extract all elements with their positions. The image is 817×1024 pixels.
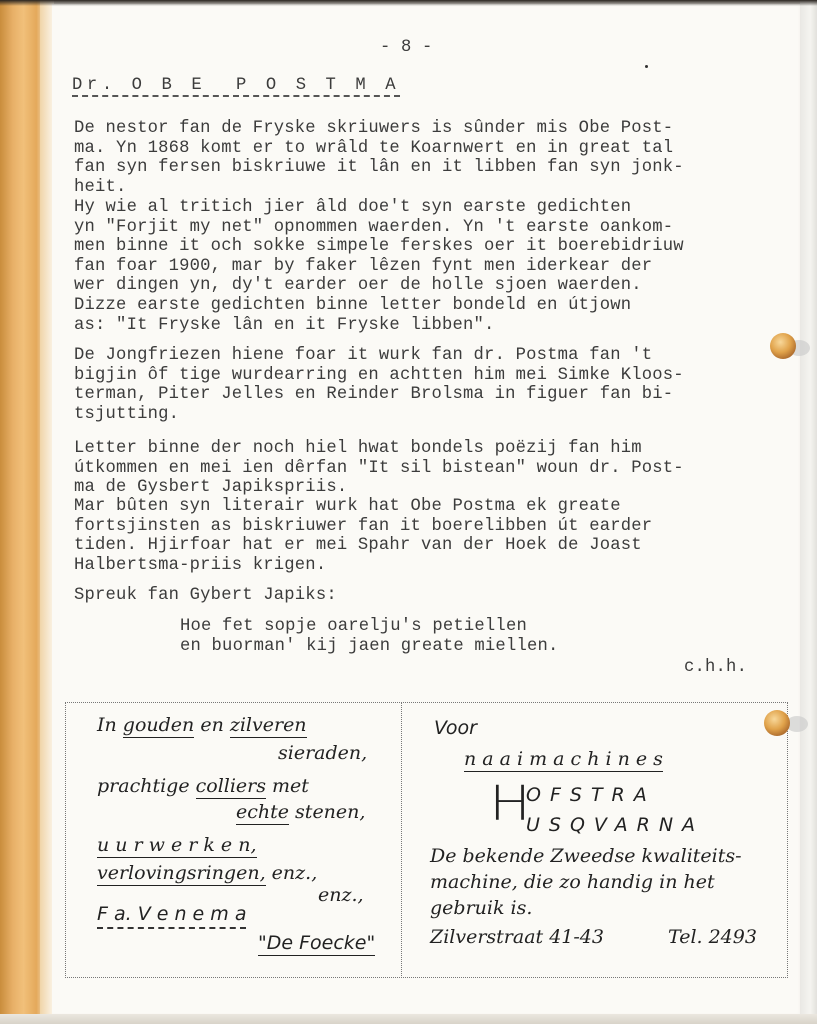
ad-venema-firm: F a. V e n e m a <box>97 903 246 925</box>
paragraph-first-poems: Hy wie al tritich jier âld doe't syn ear… <box>74 198 684 296</box>
paragraph-collected: Dizze earste gedichten binne letter bond… <box>74 296 631 335</box>
ad-hofstra-desc2: machine, die zo handig in het <box>430 871 715 893</box>
ad-hofstra-product: n a a i m a c h i n e s <box>464 748 663 770</box>
ad-venema-line7: enz., <box>318 884 364 906</box>
top-shadow <box>0 0 817 6</box>
ad-hofstra-brand-line1: OFSTRA <box>526 784 656 806</box>
proverb-verse: Hoe fet sopje oarelju's petiellen en buo… <box>180 617 559 656</box>
ad-venema-line2: sieraden, <box>278 742 367 764</box>
ad-venema-line6: verlovingsringen, enz., <box>97 862 317 884</box>
ad-venema-line4: echte stenen, <box>236 801 365 823</box>
ad-hofstra-phone: Tel. 2493 <box>668 926 757 948</box>
ad-venema-line1: In gouden en zilveren <box>97 714 307 736</box>
ad-hofstra-intro: Voor <box>434 717 477 739</box>
article-title: Dr. O B E P O S T M A <box>72 77 400 97</box>
ad-hofstra-desc1: De bekende Zweedse kwaliteits- <box>430 845 742 867</box>
paragraph-later-bundles: Letter binne der noch hiel hwat bondels … <box>74 439 684 498</box>
proverb-intro: Spreuk fan Gybert Japiks: <box>74 586 337 606</box>
page-number: - 8 - <box>380 38 433 58</box>
ad-venema-shop: "De Foecke" <box>258 932 375 954</box>
paragraph-jongfriezen: De Jongfriezen hiene foar it wurk fan dr… <box>74 346 684 424</box>
paragraph-merits: Mar bûten syn literair wurk hat Obe Post… <box>74 497 652 575</box>
ad-venema-line3: prachtige colliers met <box>97 775 309 797</box>
advertisement-divider <box>401 702 402 976</box>
ad-venema-line5: u u r w e r k e n, <box>97 834 257 856</box>
ad-hofstra-brand-initial: H <box>489 776 531 832</box>
binding-ring-bottom <box>764 710 790 736</box>
author-initials: c.h.h. <box>684 658 747 678</box>
next-page-edge <box>800 0 817 1024</box>
ink-speck <box>645 65 648 68</box>
ad-hofstra-brand-line2: USQVARNA <box>526 814 704 836</box>
paragraph-intro: De nestor fan de Fryske skriuwers is sûn… <box>74 119 684 197</box>
bottom-page-edge <box>0 1014 817 1024</box>
binding-ring-top <box>770 333 796 359</box>
ad-hofstra-desc3: gebruik is. <box>430 897 532 919</box>
ad-hofstra-address: Zilverstraat 41-43 <box>430 926 604 948</box>
